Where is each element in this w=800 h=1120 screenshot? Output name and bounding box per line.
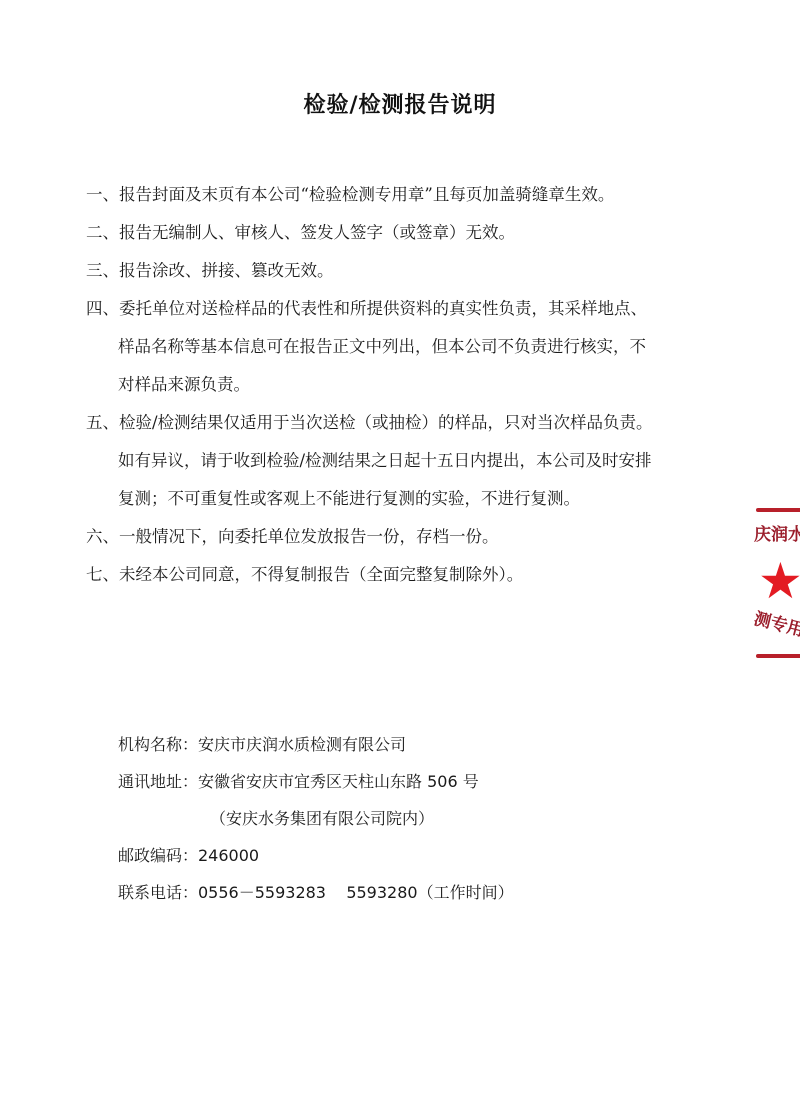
clause-6: 六、一般情况下，向委托单位发放报告一份，存档一份。 — [86, 518, 726, 556]
seal-stamp: 庆润水 ★ 测专用 — [748, 508, 800, 658]
stamp-border-top — [756, 508, 800, 512]
clause-2: 二、报告无编制人、审核人、签发人签字（或签章）无效。 — [86, 214, 726, 252]
clause-1: 一、报告封面及末页有本公司“检验检测专用章”且每页加盖骑缝章生效。 — [86, 176, 726, 214]
clause-text: 三、报告涂改、拼接、篡改无效。 — [86, 261, 334, 280]
clause-list: 一、报告封面及末页有本公司“检验检测专用章”且每页加盖骑缝章生效。 二、报告无编… — [86, 176, 726, 594]
clause-continuation: 样品名称等基本信息可在报告正文中列出，但本公司不负责进行核实，不 — [86, 328, 726, 366]
clause-3: 三、报告涂改、拼接、篡改无效。 — [86, 252, 726, 290]
clause-text: 四、委托单位对送检样品的代表性和所提供资料的真实性负责，其采样地点、 — [86, 299, 647, 318]
clause-text: 七、未经本公司同意，不得复制报告（全面完整复制除外）。 — [86, 565, 523, 584]
clause-text: 五、检验/检测结果仅适用于当次送检（或抽检）的样品，只对当次样品负责。 — [86, 413, 653, 432]
postcode: 邮政编码：246000 — [118, 837, 618, 874]
page-title: 检验/检测报告说明 — [0, 88, 800, 119]
stamp-border-bottom — [756, 654, 800, 658]
clause-continuation: 如有异议，请于收到检验/检测结果之日起十五日内提出，本公司及时安排 — [86, 442, 726, 480]
clause-text: 一、报告封面及末页有本公司“检验检测专用章”且每页加盖骑缝章生效。 — [86, 185, 614, 204]
clause-continuation: 对样品来源负责。 — [86, 366, 726, 404]
address-note: （安庆水务集团有限公司院内） — [118, 800, 618, 837]
clause-text: 六、一般情况下，向委托单位发放报告一份，存档一份。 — [86, 527, 499, 546]
phone: 联系电话：0556－5593283 5593280（工作时间） — [118, 874, 618, 911]
org-name: 机构名称：安庆市庆润水质检测有限公司 — [118, 726, 618, 763]
clause-continuation: 复测；不可重复性或客观上不能进行复测的实验，不进行复测。 — [86, 480, 726, 518]
contact-info: 机构名称：安庆市庆润水质检测有限公司 通讯地址：安徽省安庆市宜秀区天柱山东路 5… — [118, 726, 618, 911]
clause-4: 四、委托单位对送检样品的代表性和所提供资料的真实性负责，其采样地点、 样品名称等… — [86, 290, 726, 404]
clause-5: 五、检验/检测结果仅适用于当次送检（或抽检）的样品，只对当次样品负责。 如有异议… — [86, 404, 726, 518]
address: 通讯地址：安徽省安庆市宜秀区天柱山东路 506 号 — [118, 763, 618, 800]
star-icon: ★ — [758, 556, 800, 606]
stamp-text-top: 庆润水 — [754, 520, 800, 545]
clause-text: 二、报告无编制人、审核人、签发人签字（或签章）无效。 — [86, 223, 515, 242]
clause-7: 七、未经本公司同意，不得复制报告（全面完整复制除外）。 — [86, 556, 726, 594]
